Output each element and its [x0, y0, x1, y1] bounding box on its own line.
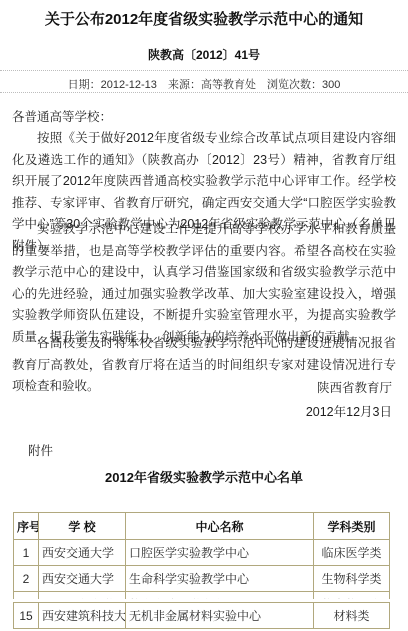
cell-school: 西安建筑科技大学 [39, 603, 126, 629]
cell-no: 3 [14, 592, 39, 600]
attachment-list-title: 2012年省级实验教学示范中心名单 [0, 467, 408, 486]
cell-category: 临床医学类 [314, 540, 390, 566]
cell-category: 材料类 [314, 603, 390, 629]
divider-top [0, 70, 408, 71]
cell-no: 15 [14, 603, 39, 629]
salutation: 各普通高等学校： [12, 107, 112, 129]
cell-category: 生物科学类 [314, 566, 390, 592]
cell-school: 西北工业大学 [39, 592, 126, 600]
centers-table: 序号 学 校 中心名称 学科类别 1 西安交通大学 口腔医学实验教学中心 临床医… [13, 512, 390, 599]
cell-center: 无机非金属材料实验中心 [126, 603, 314, 629]
cell-center: 口腔医学实验教学中心 [126, 540, 314, 566]
page-title: 关于公布2012年度省级实验教学示范中心的通知 [0, 8, 408, 29]
table-row: 15 西安建筑科技大学 无机非金属材料实验中心 材料类 [14, 603, 390, 629]
meta-date-value: 2012-12-13 [101, 79, 157, 91]
notice-page: { "notice": { "title": "关于公布2012年度省级实验教学… [0, 0, 408, 631]
body-paragraph-2: 实验教学示范中心建设工作是提升高等学校办学水平和教育质量的重要举措，也是高等学校… [12, 219, 396, 348]
meta-views-value: 300 [322, 79, 340, 91]
cell-center: 航海实验教学中心 [126, 592, 314, 600]
cell-school: 西安交通大学 [39, 540, 126, 566]
meta-views: 浏览次数：300 [267, 79, 340, 91]
meta-views-label: 浏览次数： [267, 79, 322, 91]
signature-organization: 陕西省教育厅 [317, 378, 392, 396]
document-number: 陕教高〔2012〕41号 [0, 46, 408, 63]
centers-table-fragment: 15 西安建筑科技大学 无机非金属材料实验中心 材料类 [13, 602, 390, 629]
table-row: 2 西安交通大学 生命科学实验教学中心 生物科学类 [14, 566, 390, 592]
header-center: 中心名称 [126, 513, 314, 540]
cell-category: 航空航天类 [314, 592, 390, 600]
header-category: 学科类别 [314, 513, 390, 540]
attachment-label: 附件 [28, 441, 53, 459]
meta-source: 来源：高等教育处 [168, 79, 256, 91]
table-row: 3 西北工业大学 航海实验教学中心 航空航天类 [14, 592, 390, 600]
header-no: 序号 [14, 513, 39, 540]
cell-school: 西安交通大学 [39, 566, 126, 592]
meta-line: 日期：2012-12-13 来源：高等教育处 浏览次数：300 [0, 76, 408, 92]
header-school: 学 校 [39, 513, 126, 540]
meta-source-label: 来源： [168, 79, 201, 91]
divider-bottom [0, 92, 408, 93]
centers-table-clipped-region: 序号 学 校 中心名称 学科类别 1 西安交通大学 口腔医学实验教学中心 临床医… [13, 512, 393, 599]
cell-no: 2 [14, 566, 39, 592]
table-row: 1 西安交通大学 口腔医学实验教学中心 临床医学类 [14, 540, 390, 566]
cell-no: 1 [14, 540, 39, 566]
signature-date: 2012年12月3日 [306, 402, 392, 420]
meta-source-value: 高等教育处 [201, 79, 256, 91]
meta-date-label: 日期： [68, 79, 101, 91]
centers-table-row15-region: 15 西安建筑科技大学 无机非金属材料实验中心 材料类 [13, 602, 393, 629]
table-header-row: 序号 学 校 中心名称 学科类别 [14, 513, 390, 540]
cell-center: 生命科学实验教学中心 [126, 566, 314, 592]
meta-date: 日期：2012-12-13 [68, 79, 157, 91]
